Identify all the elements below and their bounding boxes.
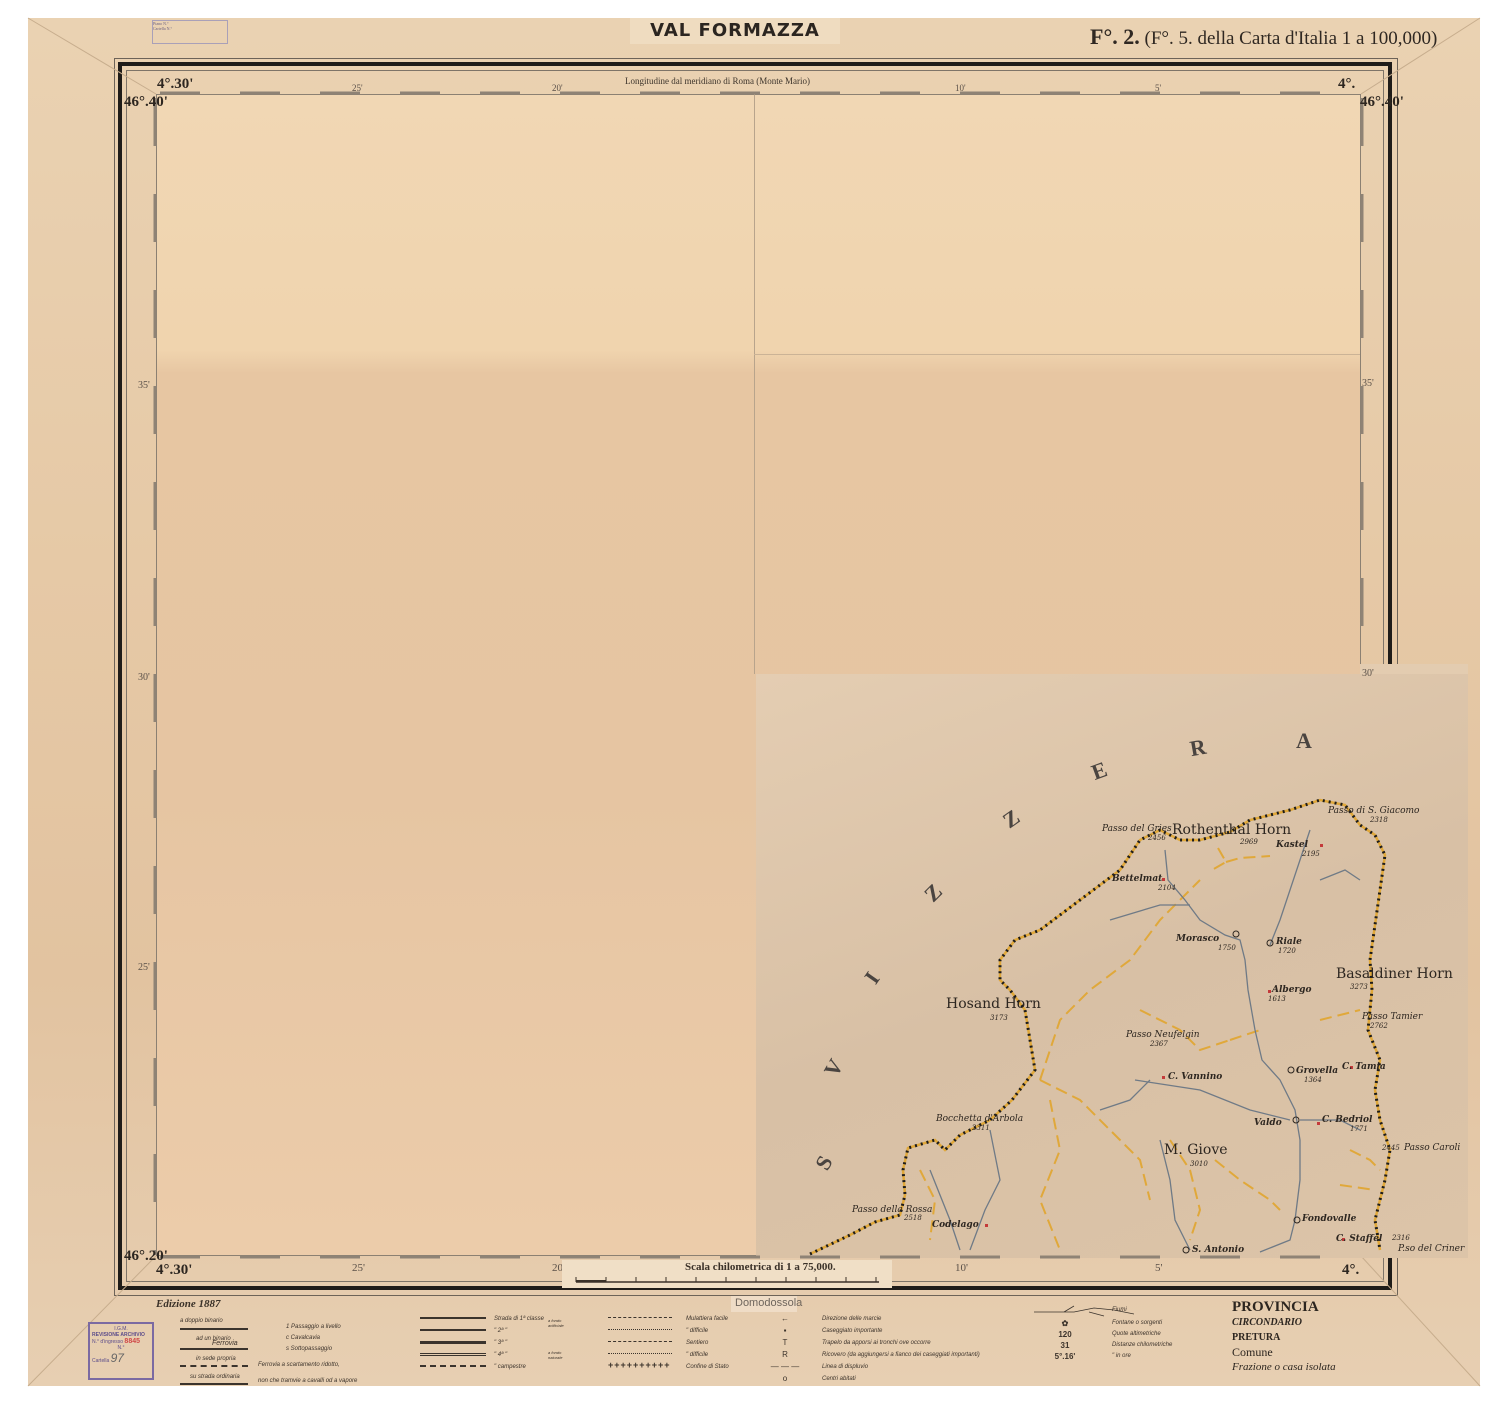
admin-comune: Comune <box>1232 1345 1336 1360</box>
place-albergo: Albergo <box>1272 985 1311 995</box>
spring-icon: ✿ <box>1050 1318 1080 1329</box>
tick-top-20: 20' <box>552 83 563 93</box>
place-valdo: Valdo <box>1254 1118 1282 1128</box>
legend-hydro-glyphs: ✿ 120 31 5°.16' <box>1050 1318 1080 1362</box>
place-fondovalle: Fondovalle <box>1302 1214 1356 1224</box>
legend-road-3-line <box>420 1341 486 1344</box>
legend-road-2: " 2ª " <box>494 1325 544 1337</box>
tick-top-4deg: 4°. <box>1338 76 1355 93</box>
tick-top-0: 4°.30' <box>157 76 193 93</box>
elevation-sample: 120 <box>1050 1329 1080 1340</box>
admin-pretura: PRETURA <box>1232 1330 1336 1345</box>
tick-left-25: 25' <box>138 962 150 973</box>
legend-road-1: Strada di 1ª classe <box>494 1313 544 1325</box>
pass-arbola: Bocchetta d'Arbola <box>936 1114 1023 1124</box>
distance-sample: 31 <box>1050 1340 1080 1351</box>
elev-caroli: 2445 <box>1382 1144 1400 1152</box>
elev-riale: 1720 <box>1278 947 1296 955</box>
legend-distances: Distanze chilometriche <box>1112 1340 1172 1351</box>
admin-hierarchy-legend: PROVINCIA CIRCONDARIO PRETURA Comune Fra… <box>1232 1300 1336 1375</box>
elev-rothenthal: 2969 <box>1240 838 1258 846</box>
tick-top-10: 10' <box>955 83 966 93</box>
tick-top-25: 25' <box>352 83 363 93</box>
trapelo-icon: T <box>760 1337 810 1349</box>
rivers <box>930 830 1360 1252</box>
town-circles <box>1183 931 1300 1253</box>
peak-basaldiner-horn: Basaldiner Horn <box>1336 966 1453 982</box>
legend-hours: " in ore <box>1112 1351 1172 1362</box>
place-c-tamia: C. Tamia <box>1342 1062 1386 1072</box>
legend-narrow-gauge: Ferrovia a scartamento ridotto, <box>258 1362 340 1368</box>
legend-road-2-line <box>420 1329 486 1331</box>
elev-arbola: 2311 <box>972 1124 990 1132</box>
place-c-bedriol: C. Bedriol <box>1322 1115 1372 1125</box>
legend-tramways: non che tramvie a cavalli od a vapore <box>258 1378 357 1384</box>
legend-mule-easy: Mulattiera facile <box>686 1313 729 1325</box>
place-c-staffel: C. Staffel <box>1336 1234 1382 1244</box>
legend-path: Sentiero <box>686 1337 729 1349</box>
tick-right-35: 35' <box>1362 378 1374 389</box>
legend-towns: Centri abitati <box>822 1373 980 1385</box>
legend-crossings: 1 Passaggio a livello c Cavalcavia s Sot… <box>286 1322 341 1355</box>
legend-rail-single-line <box>180 1348 248 1350</box>
legend-elevations: Quote altimetriche <box>1112 1329 1172 1340</box>
stamp-handwritten: 97 <box>111 1351 124 1365</box>
legend-mule-hard-line <box>608 1329 672 1330</box>
elev-criner: 2316 <box>1392 1234 1410 1242</box>
elev-s-giacomo: 2318 <box>1370 816 1388 824</box>
legend-road-4: " 4ª " <box>494 1349 544 1361</box>
time-sample: 5°.16' <box>1050 1351 1080 1362</box>
legend-road-campestre: " campestre <box>494 1361 544 1373</box>
legend-on-road: su strada ordinaria <box>190 1374 240 1380</box>
legend-road-3: " 3ª " <box>494 1337 544 1349</box>
state-border-underlay <box>810 800 1390 1254</box>
stamp-line5: Cartella <box>92 1358 109 1364</box>
admin-frazione: Frazione o casa isolata <box>1232 1360 1336 1375</box>
pass-tamier: Passo Tamier <box>1362 1012 1422 1022</box>
elev-hosand: 3173 <box>990 1014 1008 1022</box>
place-s-antonio: S. Antonio <box>1192 1245 1244 1255</box>
peak-rothenthal-horn: Rothenthal Horn <box>1172 822 1291 838</box>
peak-m-giove: M. Giove <box>1164 1142 1228 1158</box>
tick-right-40: 46°.40' <box>1360 94 1404 111</box>
elev-basaldiner: 3273 <box>1350 983 1368 991</box>
tick-top-5: 5' <box>1155 83 1161 93</box>
legend-own-bed: in sede propria <box>196 1356 236 1362</box>
legend-crossing-level: 1 Passaggio a livello <box>286 1322 341 1333</box>
admin-circondario: CIRCONDARIO <box>1232 1315 1336 1330</box>
building-icon: ▪ <box>760 1325 810 1337</box>
direction-arrow-icon: ← <box>760 1313 810 1325</box>
legend-road-campestre-line <box>420 1365 486 1367</box>
elev-bettelmat: 2104 <box>1158 884 1176 892</box>
legend-crossing-under: s Sottopassaggio <box>286 1344 341 1355</box>
legend-building: Caseggiato importante <box>822 1325 980 1337</box>
settlement-markers <box>985 844 1353 1241</box>
legend-path-line <box>608 1341 672 1342</box>
pass-caroli: Passo Caroli <box>1404 1143 1460 1153</box>
elev-kastel: 2195 <box>1302 850 1320 858</box>
legend-mule-easy-line <box>608 1317 672 1318</box>
country-letter-a: A <box>1296 728 1312 754</box>
peak-hosand-horn: Hosand Horn <box>946 996 1041 1012</box>
elev-gries: 2456 <box>1148 834 1166 842</box>
town-circle-icon: o <box>760 1373 810 1385</box>
elev-tamier: 2762 <box>1370 1022 1388 1030</box>
archive-stamp: I.G.M. REVISIONE ARCHIVIO N.° d'ingresso… <box>88 1322 154 1380</box>
edition-label: Edizione 1887 <box>156 1298 220 1310</box>
watershed-icon: — — — <box>760 1361 810 1373</box>
pass-neufelgin: Passo Neufelgin <box>1126 1030 1200 1040</box>
place-kastel: Kastel <box>1276 840 1308 850</box>
legend-road-4-line <box>420 1353 486 1356</box>
legend-roads: Strada di 1ª classe " 2ª " " 3ª " " 4ª "… <box>494 1313 544 1373</box>
elev-grovella: 1364 <box>1304 1076 1322 1084</box>
legend-watershed: Linea di displuvio <box>822 1361 980 1373</box>
legend-road-1-line <box>420 1317 486 1319</box>
elev-neufelgin: 2367 <box>1150 1040 1168 1048</box>
elev-rossa: 2518 <box>904 1214 922 1222</box>
tick-left-40: 46°.40' <box>124 94 168 111</box>
legend-symbol-glyphs: ← ▪ T R — — — o <box>760 1313 810 1385</box>
legend-rivers: Fiumi <box>1112 1307 1127 1313</box>
scale-bar <box>574 1272 884 1286</box>
place-c-vannino: C. Vannino <box>1168 1072 1222 1082</box>
legend-paths: Mulattiera facile " difficile Sentiero "… <box>686 1313 729 1373</box>
place-grovella: Grovella <box>1296 1066 1338 1076</box>
legend-ferrovia: Ferrovia <box>212 1340 238 1347</box>
legend-own-bed-line <box>180 1365 248 1367</box>
place-riale: Riale <box>1276 937 1302 947</box>
elev-giove: 3010 <box>1190 1160 1208 1168</box>
pass-gries: Passo del Gries <box>1102 824 1172 834</box>
legend-border-marks: ++++++++++ <box>608 1360 671 1370</box>
tick-left-30: 30' <box>138 672 150 683</box>
tick-bottom-4deg: 4°. <box>1342 1262 1359 1279</box>
tick-bottom-5: 5' <box>1155 1262 1162 1274</box>
legend-group-natural: a fondo naturale <box>548 1350 568 1360</box>
legend-symbols: Direzione delle marcie Caseggiato import… <box>822 1313 980 1385</box>
pass-s-giacomo: Passo di S. Giacomo <box>1328 806 1419 816</box>
place-morasco: Morasco <box>1176 934 1219 944</box>
legend-state-border: Confine di Stato <box>686 1361 729 1373</box>
tick-left-35: 35' <box>138 380 150 391</box>
legend-path-hard-line <box>608 1353 672 1354</box>
legend-path-hard: " difficile <box>686 1349 729 1361</box>
place-bettelmat: Bettelmat <box>1112 874 1162 884</box>
admin-provincia: PROVINCIA <box>1232 1300 1336 1315</box>
legend-crossing-over: c Cavalcavia <box>286 1333 341 1344</box>
place-codelago: Codelago <box>932 1220 979 1230</box>
legend-mule-hard: " difficile <box>686 1325 729 1337</box>
legend-direction: Direzione delle marcie <box>822 1313 980 1325</box>
legend-shelter: Ricovero (da aggiungersi a fianco dei ca… <box>822 1349 980 1361</box>
shelter-icon: R <box>760 1349 810 1361</box>
elev-morasco: 1750 <box>1218 944 1236 952</box>
legend-trapelo: Trapelo da apporsi ai tronchi ove occorr… <box>822 1337 980 1349</box>
elev-bedriol: 1771 <box>1350 1125 1368 1133</box>
longitude-label: Longitudine dal meridiano di Roma (Monte… <box>625 76 810 86</box>
tick-bottom-25: 25' <box>352 1262 365 1274</box>
state-border-marks <box>810 800 1390 1254</box>
tick-bottom-10: 10' <box>955 1262 968 1274</box>
legend-on-road-line <box>180 1383 248 1385</box>
legend-springs: Fontane o sorgenti <box>1112 1318 1172 1329</box>
city-label-domodossola: Domodossola <box>735 1297 802 1309</box>
legend-group-artificial: a fondo artificiale <box>548 1318 568 1328</box>
legend-rail-double: a doppio binario <box>180 1318 223 1324</box>
legend-rail-double-line <box>180 1328 248 1330</box>
legend-hydro: Fontane o sorgenti Quote altimetriche Di… <box>1112 1318 1172 1362</box>
tick-left-20: 46°.20' <box>124 1248 168 1265</box>
stamp-number: 8845 <box>124 1338 140 1345</box>
elev-albergo: 1613 <box>1268 995 1286 1003</box>
pass-criner: P.so del Criner <box>1398 1244 1464 1254</box>
